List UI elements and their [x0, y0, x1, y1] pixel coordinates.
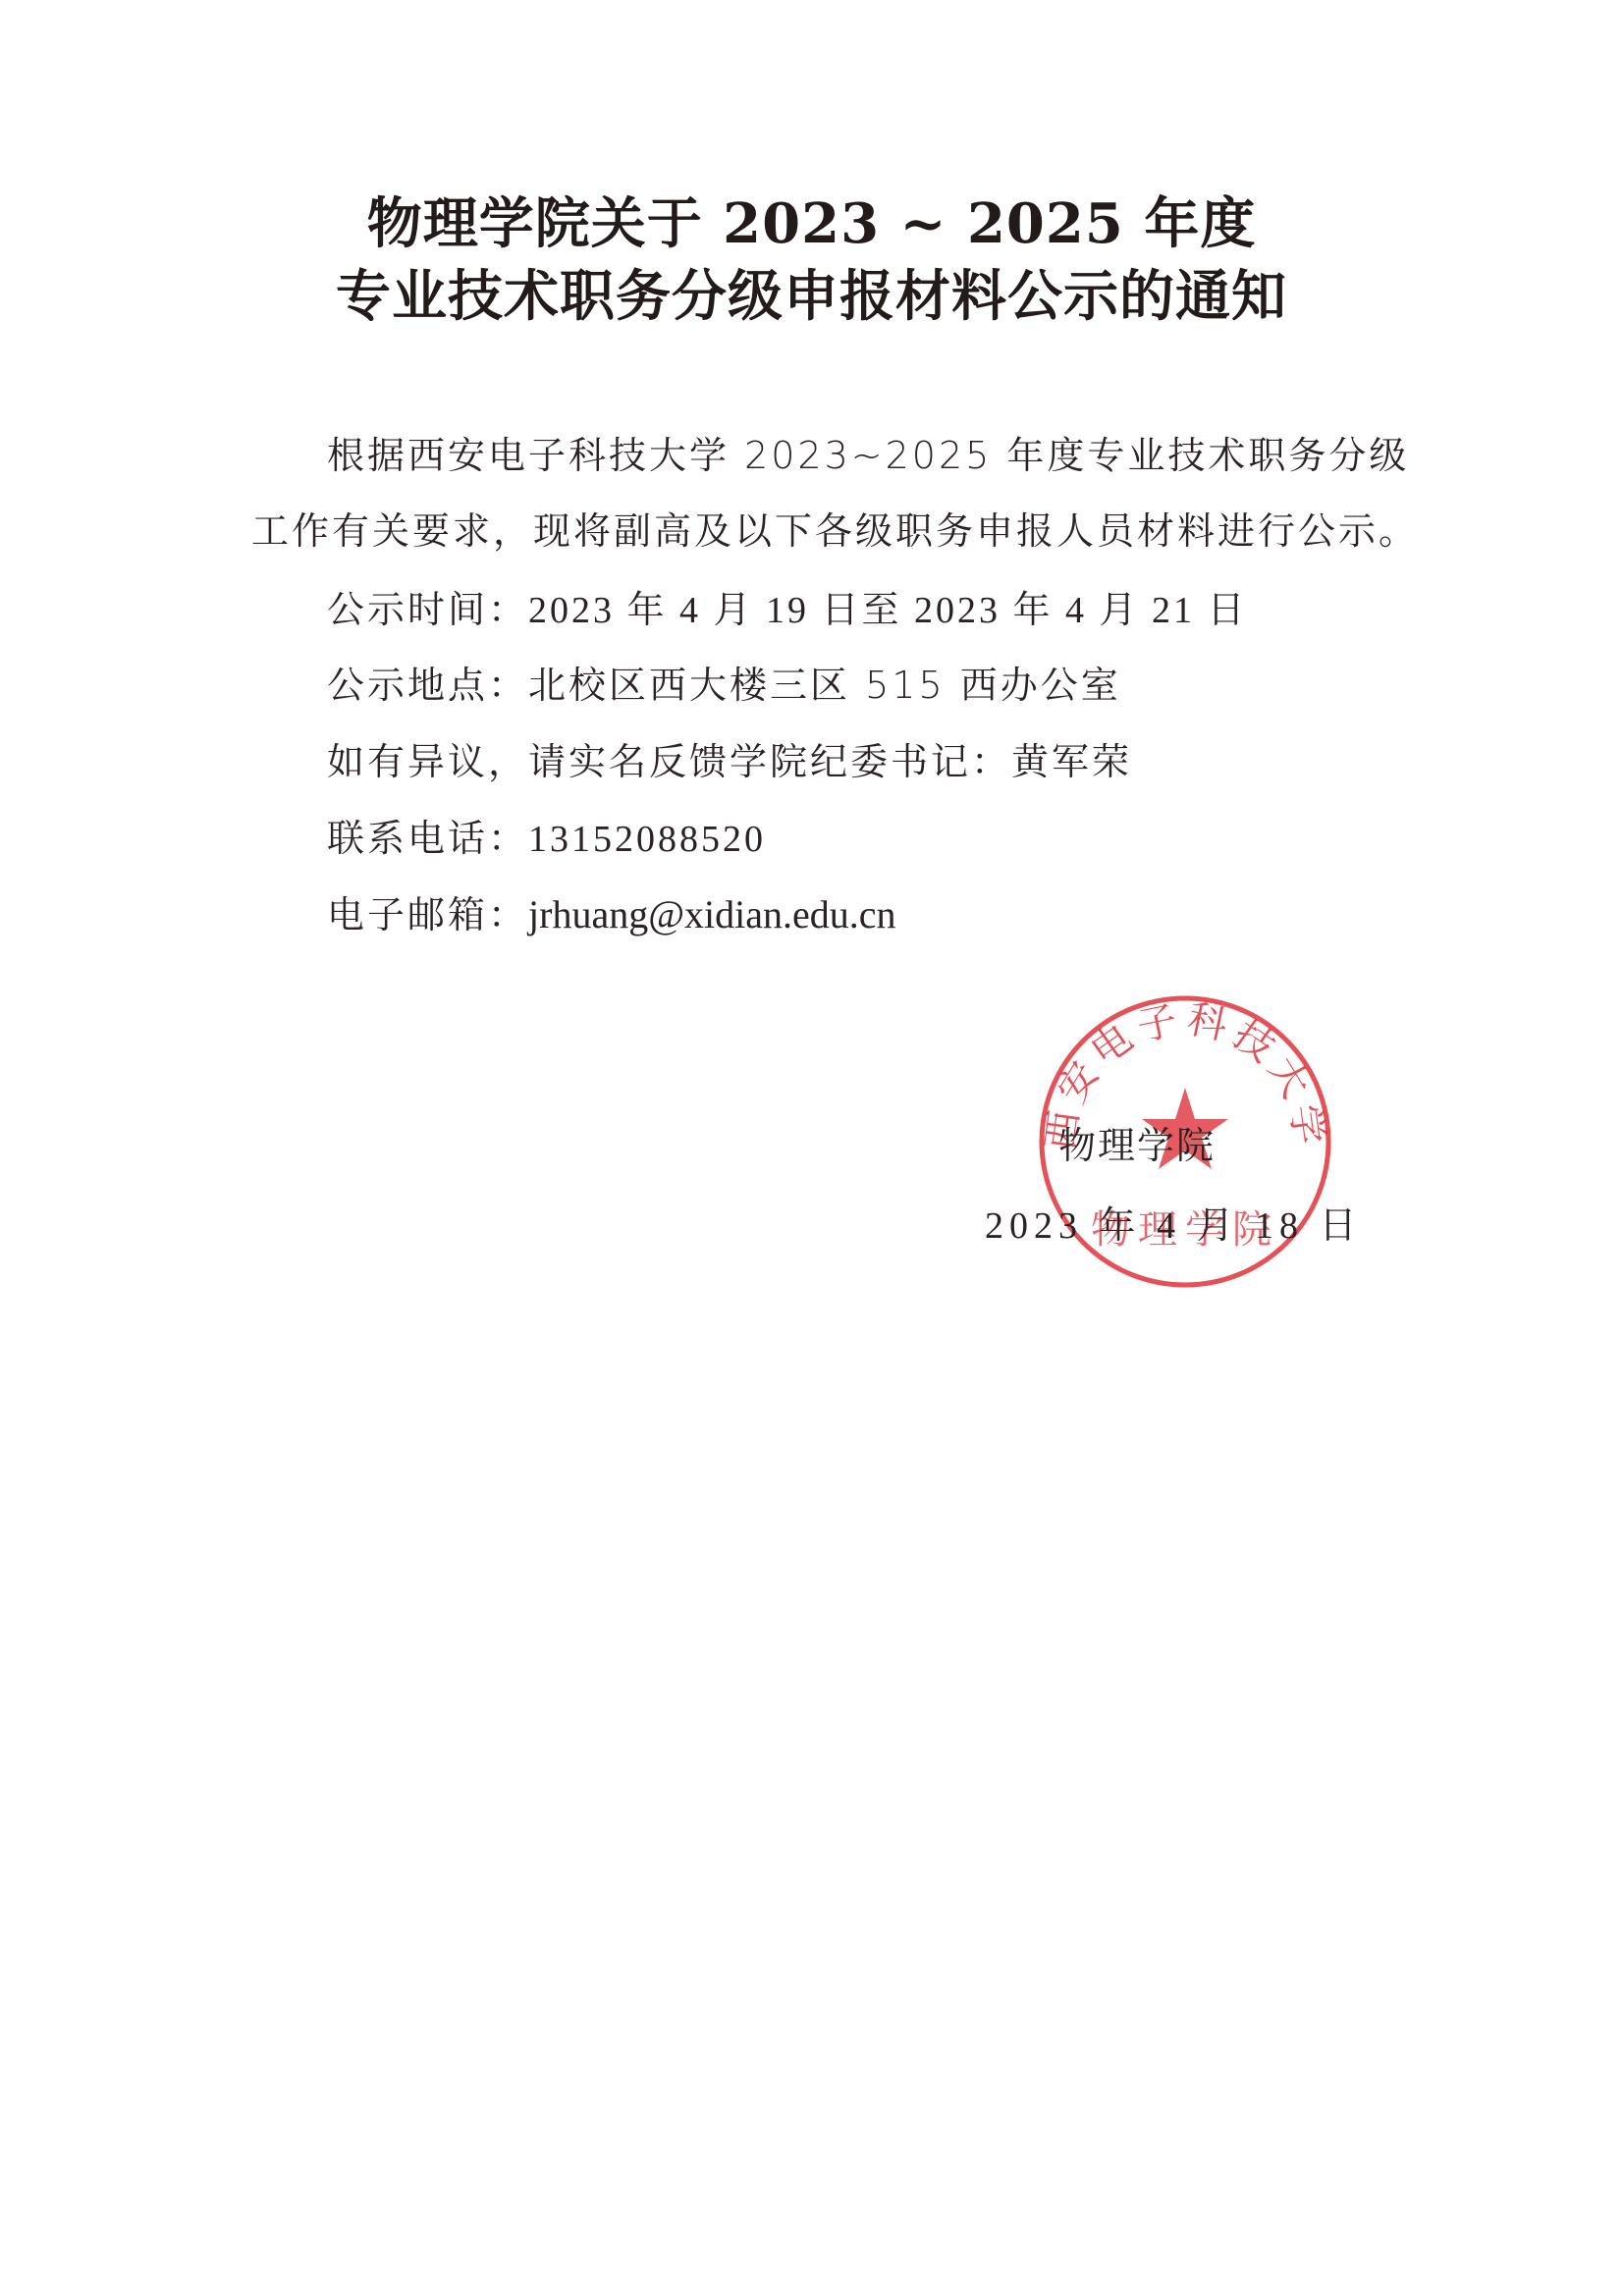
objection-contact-name: 黄军荣: [1011, 740, 1132, 783]
phone-row: 联系电话：13152088520: [327, 815, 766, 863]
notice-time-row: 公示时间：2023 年 4 月 19 日至 2023 年 4 月 21 日: [327, 586, 1248, 634]
signature-date: 2023 年 4 月 18 日: [985, 1202, 1363, 1250]
email-row: 电子邮箱：jrhuang@xidian.edu.cn: [327, 891, 896, 938]
document-title-line-1: 物理学院关于 2023 ~ 2025 年度: [0, 192, 1623, 255]
objection-contact-row: 如有异议，请实名反馈学院纪委书记：黄军荣: [327, 738, 1132, 785]
document-page: 物理学院关于 2023 ~ 2025 年度 专业技术职务分级申报材料公示的通知 …: [0, 0, 1623, 2296]
notice-time-label: 公示时间：: [327, 588, 528, 631]
email-value[interactable]: jrhuang@xidian.edu.cn: [528, 892, 896, 936]
notice-location-label: 公示地点：: [327, 664, 528, 707]
phone-label: 联系电话：: [327, 817, 528, 860]
notice-time-value: 2023 年 4 月 19 日至 2023 年 4 月 21 日: [528, 590, 1248, 631]
signature-organization: 物理学院: [1058, 1122, 1216, 1169]
phone-value: 13152088520: [528, 819, 766, 860]
notice-location-row: 公示地点：北校区西大楼三区 515 西办公室: [327, 662, 1121, 709]
paragraph-line-1: 根据西安电子科技大学 2023~2025 年度专业技术职务分级: [327, 432, 1409, 479]
objection-contact-label: 如有异议，请实名反馈学院纪委书记：: [327, 740, 1011, 783]
document-title-line-2: 专业技术职务分级申报材料公示的通知: [0, 265, 1623, 328]
paragraph-line-2: 工作有关要求，现将副高及以下各级职务申报人员材料进行公示。: [251, 507, 1419, 555]
notice-location-value: 北校区西大楼三区 515 西办公室: [528, 664, 1121, 707]
email-label: 电子邮箱：: [327, 893, 528, 936]
